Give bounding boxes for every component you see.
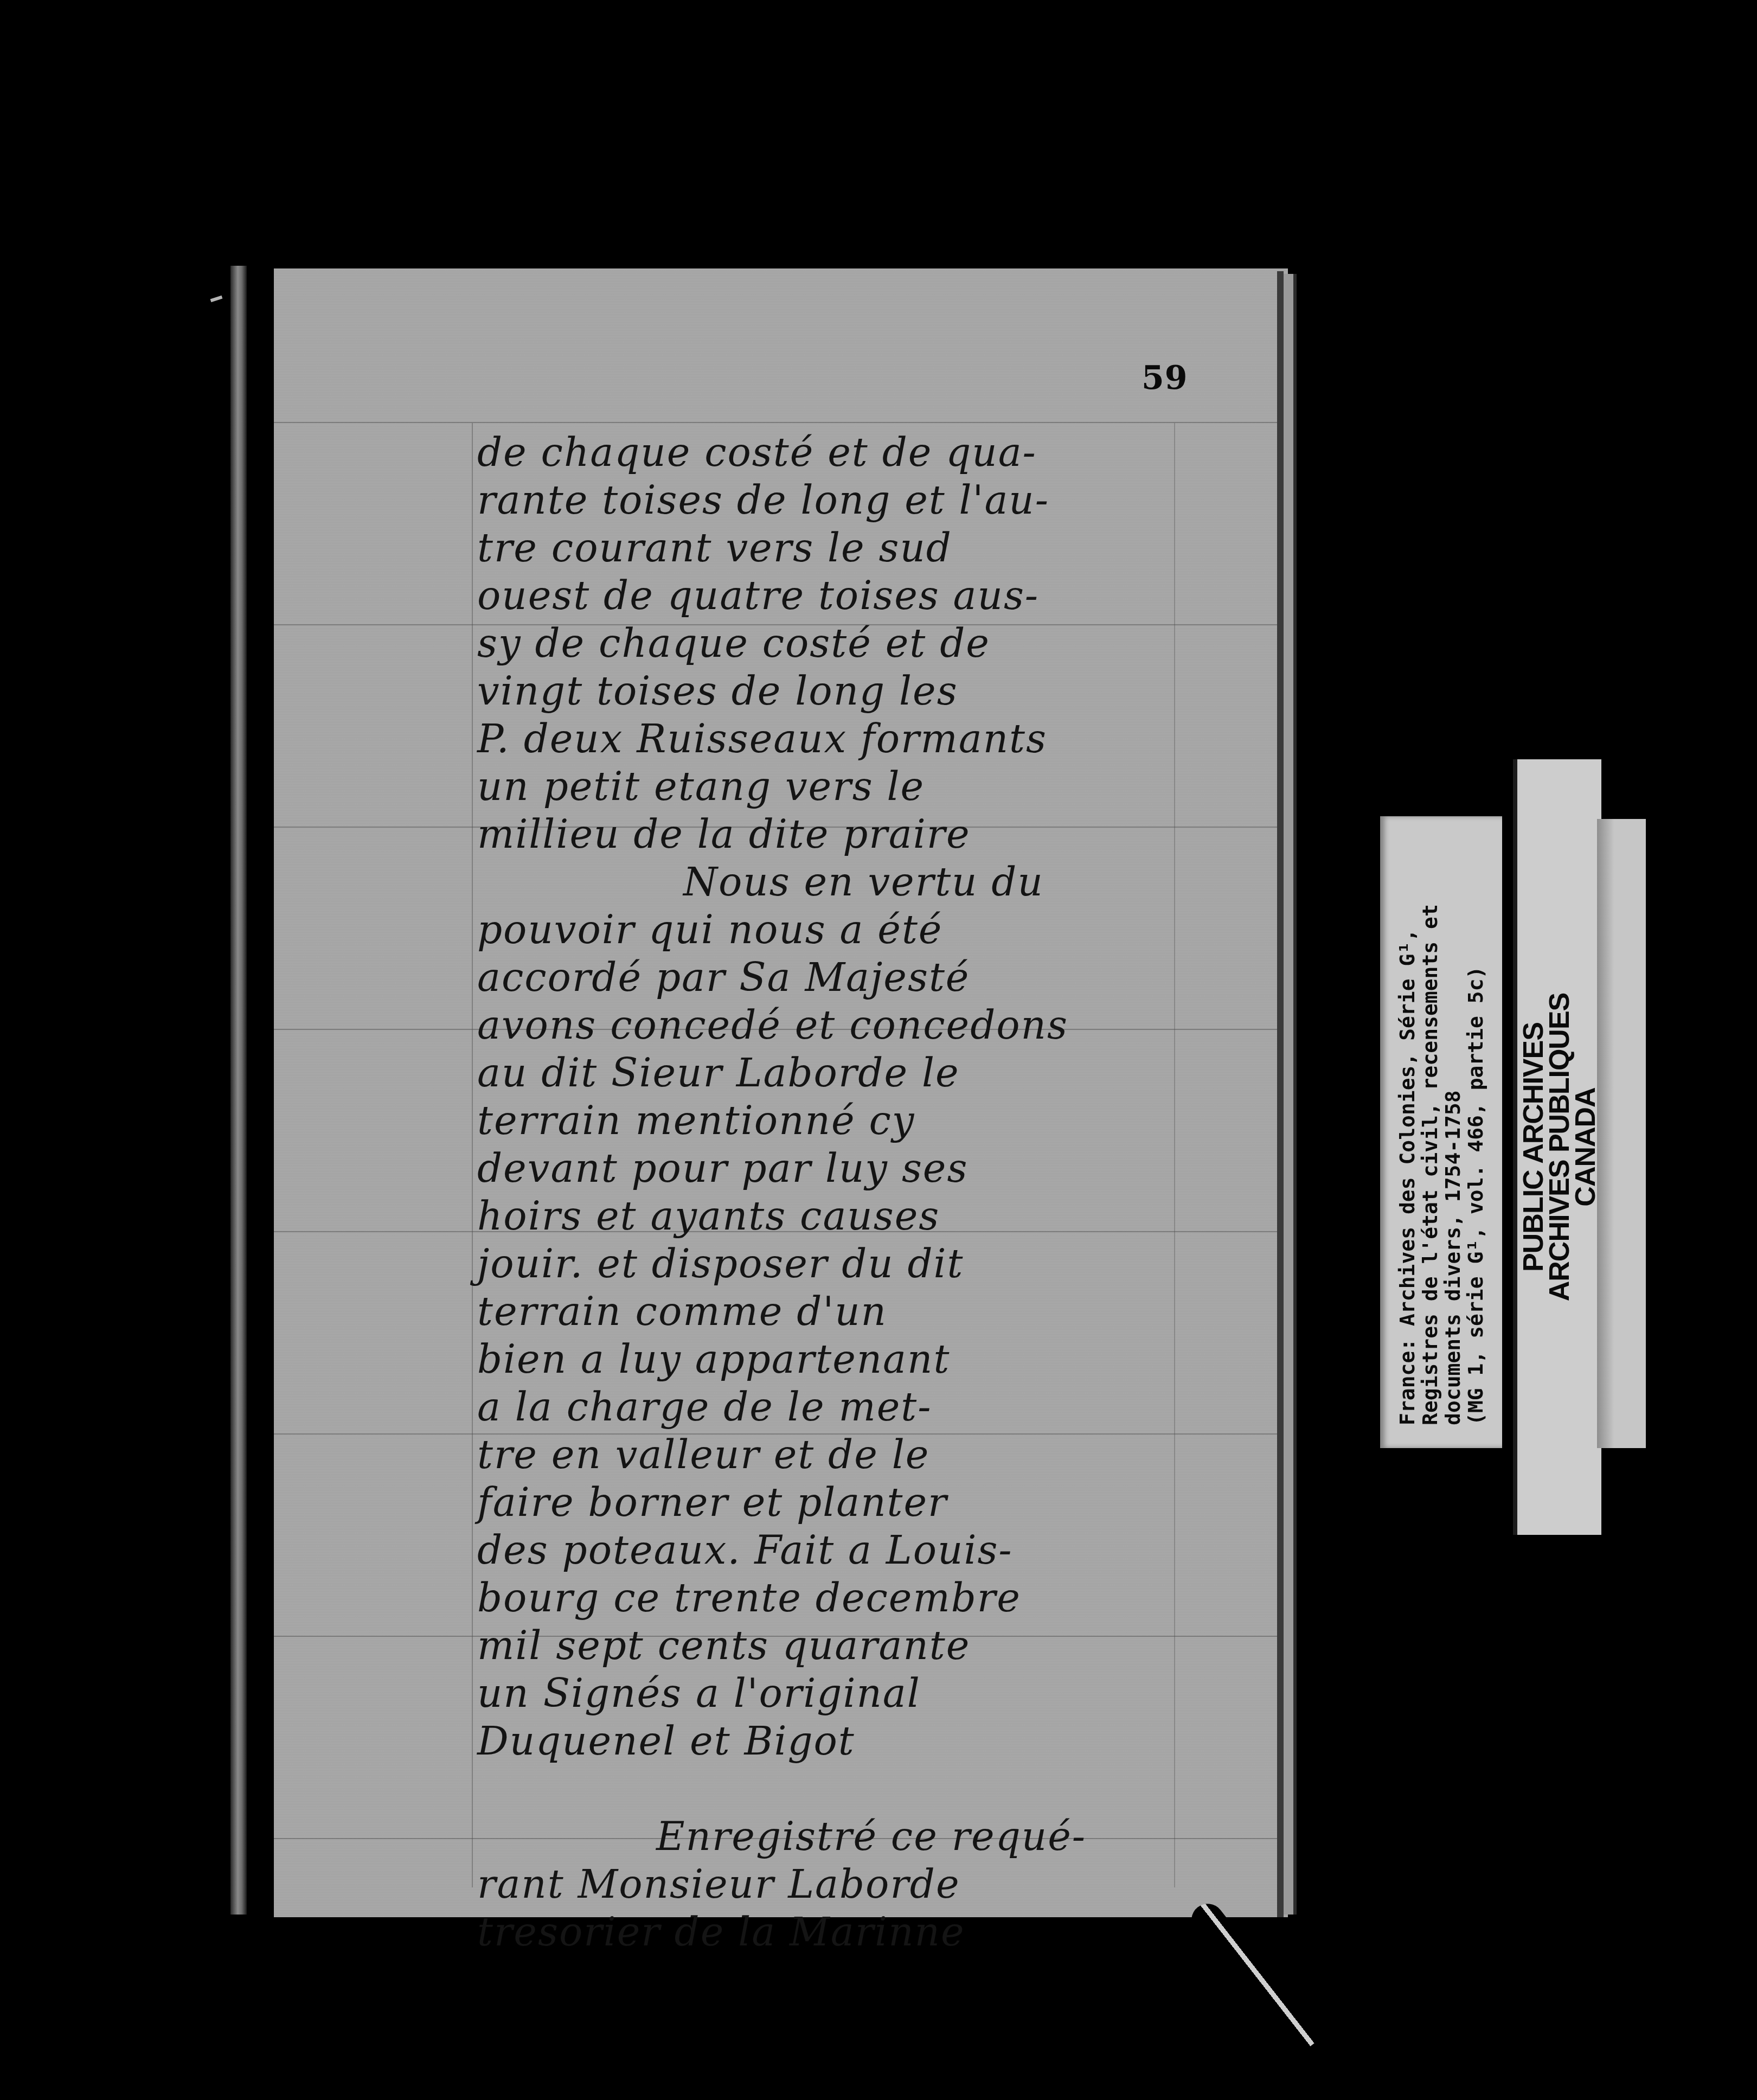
label-line: France: Archives des Colonies, Série G¹, [1396, 840, 1419, 1425]
page-number: 59 [1142, 359, 1188, 397]
text-line: jouir. et disposer du dit [477, 1240, 1177, 1288]
text-line: Nous en vertu du [477, 858, 1177, 906]
text-line: a la charge de le met- [477, 1383, 1177, 1431]
text-line: tre en valleur et de le [477, 1431, 1177, 1478]
card-backing-strip [1597, 819, 1646, 1448]
stamp-line: ARCHIVES PUBLIQUES [1547, 957, 1573, 1337]
text-line: millieu de la dite praire [477, 810, 1177, 858]
blank-line [477, 1765, 1177, 1813]
stamp-line: CANADA [1573, 957, 1599, 1337]
text-line: accordé par Sa Majesté [477, 953, 1177, 1001]
archive-reference-card: France: Archives des Colonies, Série G¹,… [1380, 816, 1502, 1448]
text-line: un petit etang vers le [477, 763, 1177, 810]
page-stack-edge [1284, 274, 1293, 1915]
text-line: terrain comme d'un [477, 1288, 1177, 1335]
page-edge-shadow [1277, 271, 1284, 1917]
text-line: bien a luy appartenant [477, 1335, 1177, 1383]
text-line: avons concedé et concedons [477, 1001, 1177, 1049]
text-line: rante toises de long et l'au- [477, 476, 1177, 524]
text-line: Duquenel et Bigot [477, 1717, 1177, 1765]
text-line: pouvoir qui nous a été [477, 906, 1177, 953]
text-line: hoirs et ayants causes [477, 1192, 1177, 1240]
text-line: mil sept cents quarante [477, 1622, 1177, 1669]
text-line: terrain mentionné cy [477, 1097, 1177, 1144]
stamp-text: PUBLIC ARCHIVES ARCHIVES PUBLIQUES CANAD… [1521, 957, 1599, 1337]
archive-reference-text: France: Archives des Colonies, Série G¹,… [1396, 840, 1487, 1425]
text-line: de chaque costé et de qua- [477, 428, 1177, 476]
binding-mark [210, 296, 223, 303]
text-line: ouest de quatre toises aus- [477, 572, 1177, 619]
label-line: Registres de l'état civil, recensements … [1419, 840, 1441, 1425]
label-line: documents divers, 1754-1758 [1441, 840, 1464, 1425]
text-line: vingt toises de long les [477, 667, 1177, 715]
left-margin-rule [472, 423, 473, 1887]
text-line: tresorier de la Marinne [477, 1908, 1177, 1956]
book-binding-edge [230, 266, 247, 1915]
text-line: Enregistré ce requé- [477, 1813, 1177, 1860]
text-line: bourg ce trente decembre [477, 1574, 1177, 1622]
pen-pointer [1185, 1897, 1320, 2058]
text-line: devant pour par luy ses [477, 1144, 1177, 1192]
text-line: un Signés a l'original [477, 1669, 1177, 1717]
public-archives-stamp: PUBLIC ARCHIVES ARCHIVES PUBLIQUES CANAD… [1513, 759, 1601, 1535]
page-stack-shadow [1293, 274, 1297, 1915]
text-line: faire borner et planter [477, 1478, 1177, 1526]
text-line: P. deux Ruisseaux formants [477, 715, 1177, 763]
text-line: tre courant vers le sud [477, 524, 1177, 572]
stamp-line: PUBLIC ARCHIVES [1521, 957, 1547, 1337]
text-line: au dit Sieur Laborde le [477, 1049, 1177, 1097]
text-line: sy de chaque costé et de [477, 619, 1177, 667]
label-line: (MG 1, série G¹, vol. 466, partie 5c) [1464, 840, 1487, 1425]
handwritten-text: de chaque costé et de qua- rante toises … [477, 428, 1177, 1956]
text-line: rant Monsieur Laborde [477, 1860, 1177, 1908]
text-line: des poteaux. Fait a Louis- [477, 1526, 1177, 1574]
